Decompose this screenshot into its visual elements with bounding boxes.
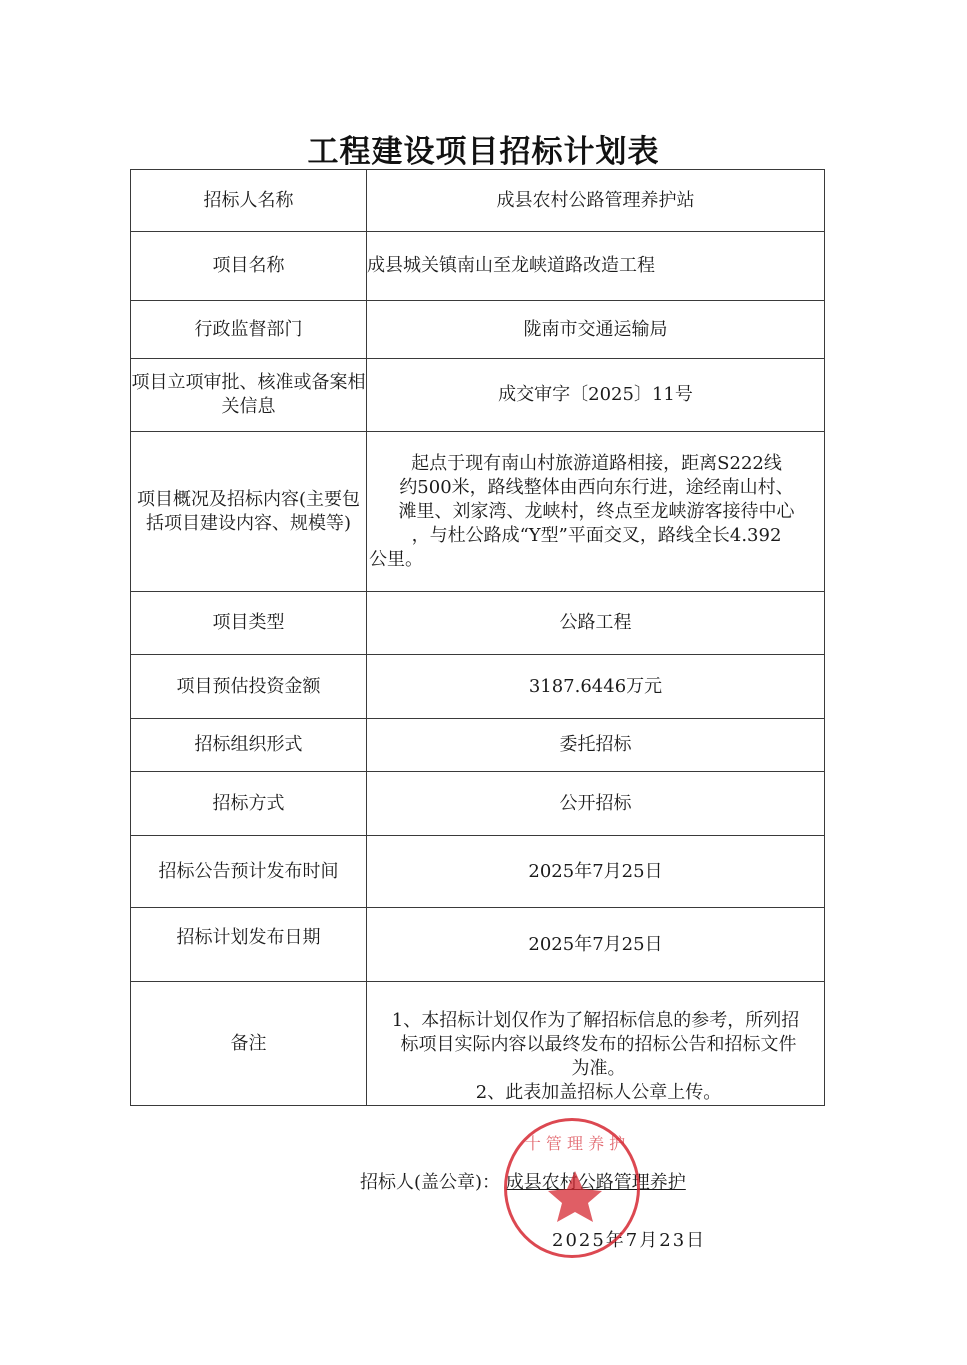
row-label: 招标公告预计发布时间: [131, 836, 367, 908]
row-label: 项目立项审批、核准或备案相关信息: [131, 359, 367, 432]
row-value: 成交审字〔2025〕11号: [367, 359, 825, 432]
row-value: 2025年7月25日: [367, 836, 825, 908]
document-title: 工程建设项目招标计划表: [0, 126, 967, 171]
table-row: 招标人名称 成县农村公路管理养护站: [131, 170, 825, 232]
overview-line: 滩里、刘家湾、龙峡村，终点至龙峡游客接待中心: [367, 500, 824, 524]
row-label: 招标组织形式: [131, 719, 367, 772]
table-row: 行政监督部门 陇南市交通运输局: [131, 301, 825, 359]
remark-line: 标项目实际内容以最终发布的招标公告和招标文件: [367, 1033, 824, 1057]
table-row: 招标公告预计发布时间 2025年7月25日: [131, 836, 825, 908]
row-label: 备注: [131, 982, 367, 1106]
remark-line: 2、此表加盖招标人公章上传。: [367, 1081, 824, 1105]
table-row: 招标计划发布日期 2025年7月25日: [131, 908, 825, 982]
row-value: 成县城关镇南山至龙峡道路改造工程: [367, 232, 825, 301]
table-row: 项目名称 成县城关镇南山至龙峡道路改造工程: [131, 232, 825, 301]
overview-line: 约500米，路线整体由西向东行进，途经南山村、: [367, 476, 824, 500]
row-label: 招标计划发布日期: [131, 908, 367, 982]
table-row: 招标组织形式 委托招标: [131, 719, 825, 772]
row-value: 3187.6446万元: [367, 655, 825, 719]
row-label: 招标人名称: [131, 170, 367, 232]
row-value: 公开招标: [367, 772, 825, 836]
table-row: 备注 1、本招标计划仅作为了解招标信息的参考，所列招 标项目实际内容以最终发布的…: [131, 982, 825, 1106]
table-row: 招标方式 公开招标: [131, 772, 825, 836]
overview-line: ，与杜公路成“Y型”平面交叉，路线全长4.392: [367, 524, 824, 548]
table-row: 项目立项审批、核准或备案相关信息 成交审字〔2025〕11号: [131, 359, 825, 432]
row-value: 2025年7月25日: [367, 908, 825, 982]
remark-line: 1、本招标计划仅作为了解招标信息的参考，所列招: [367, 1009, 824, 1033]
row-label: 项目类型: [131, 592, 367, 655]
signature-date: 2025年7月23日: [552, 1226, 706, 1252]
row-value: 陇南市交通运输局: [367, 301, 825, 359]
row-label: 行政监督部门: [131, 301, 367, 359]
overview-line: 起点于现有南山村旅游道路相接，距离S222线: [367, 452, 824, 476]
bidding-plan-table: 招标人名称 成县农村公路管理养护站 项目名称 成县城关镇南山至龙峡道路改造工程 …: [130, 169, 825, 1106]
row-value: 委托招标: [367, 719, 825, 772]
row-label: 项目名称: [131, 232, 367, 301]
project-overview: 起点于现有南山村旅游道路相接，距离S222线 约500米，路线整体由西向东行进，…: [367, 432, 825, 592]
remarks: 1、本招标计划仅作为了解招标信息的参考，所列招 标项目实际内容以最终发布的招标公…: [367, 982, 825, 1106]
row-label: 项目预估投资金额: [131, 655, 367, 719]
row-label: 项目概况及招标内容(主要包括项目建设内容、规模等): [131, 432, 367, 592]
signature-line: 招标人(盖公章)： 成县农村公路管理养护: [360, 1168, 686, 1194]
row-label: 招标方式: [131, 772, 367, 836]
table-row: 项目预估投资金额 3187.6446万元: [131, 655, 825, 719]
signature-organization: 成县农村公路管理养护: [506, 1172, 686, 1193]
svg-text:十 管 理 养 护: 十 管 理 养 护: [525, 1134, 625, 1153]
remark-line: 为准。: [367, 1057, 824, 1081]
row-value: 公路工程: [367, 592, 825, 655]
table-row: 项目概况及招标内容(主要包括项目建设内容、规模等) 起点于现有南山村旅游道路相接…: [131, 432, 825, 592]
table-row: 项目类型 公路工程: [131, 592, 825, 655]
overview-line: 公里。: [367, 548, 824, 572]
row-value: 成县农村公路管理养护站: [367, 170, 825, 232]
signature-label: 招标人(盖公章)：: [360, 1172, 500, 1193]
